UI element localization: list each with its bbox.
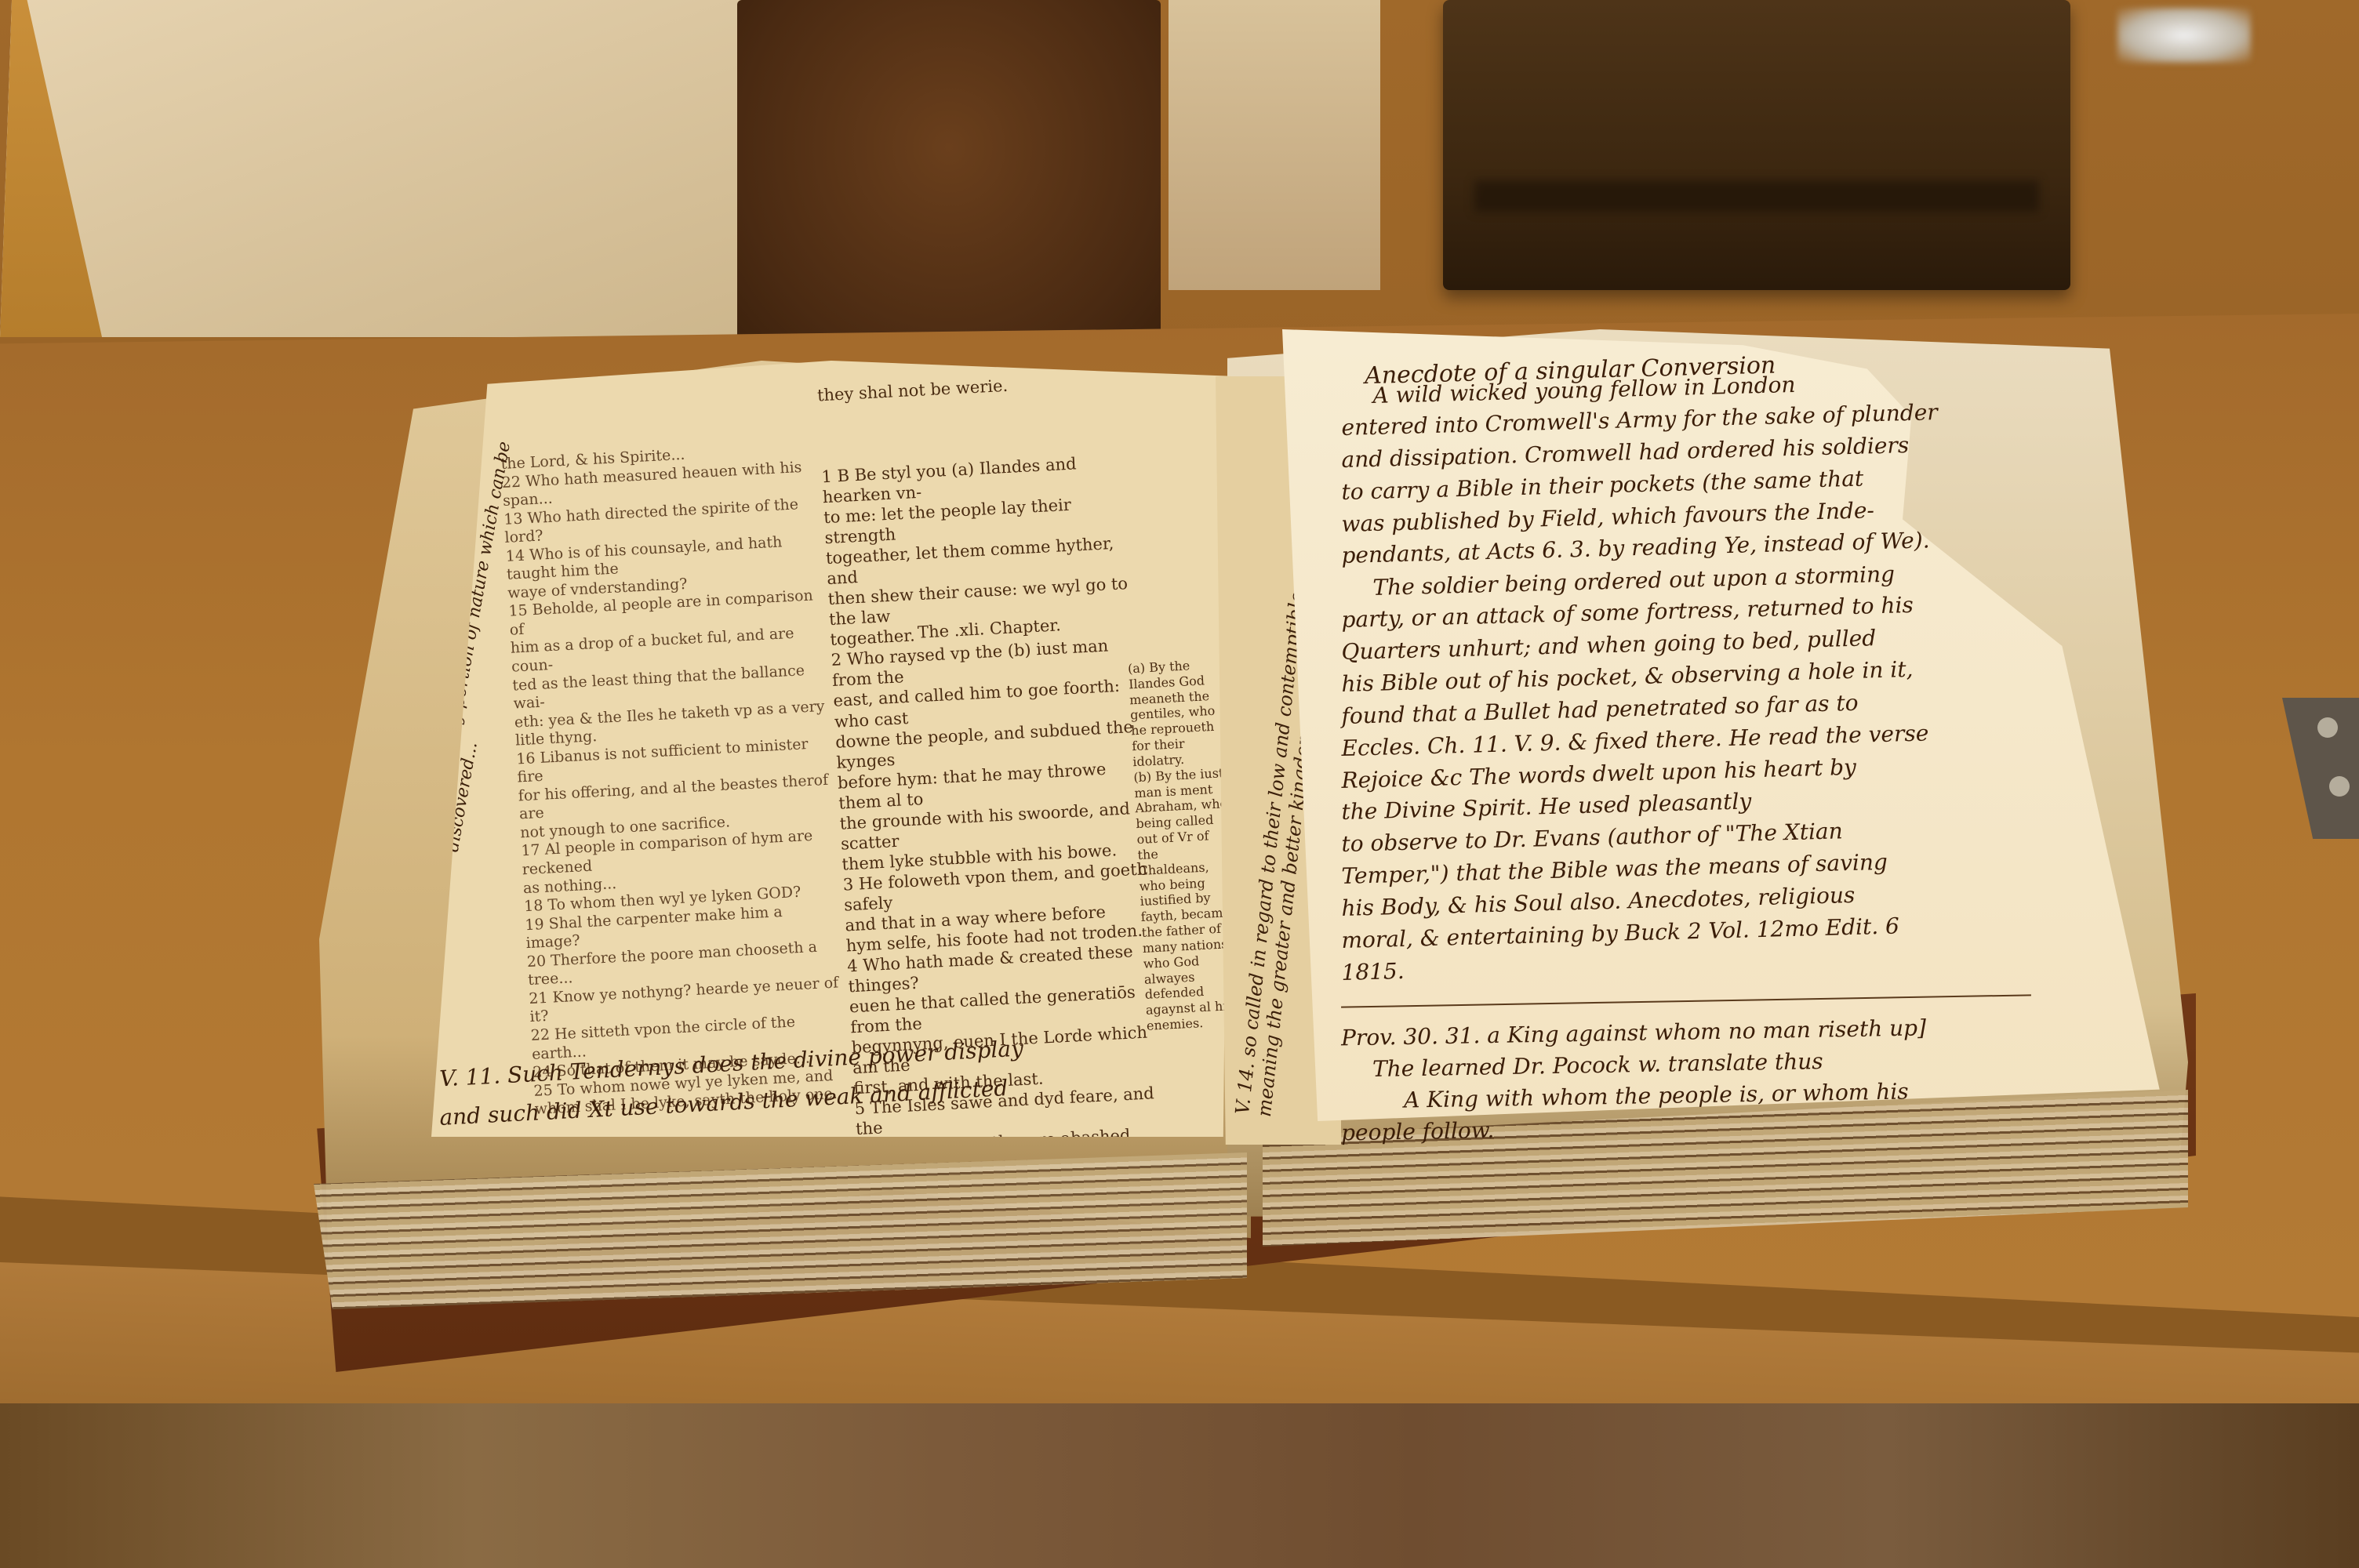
open-bible: the Lord, & his Spirite... 22 Who hath m… <box>298 329 2196 1348</box>
photo-scene: the Lord, & his Spirite... 22 Who hath m… <box>0 0 2359 1568</box>
standing-book-dark <box>1443 0 2070 290</box>
manuscript-text: Anecdote of a singular Conversion A wild… <box>1341 353 2094 1142</box>
spine-bands <box>1474 180 2039 212</box>
screw-icon <box>2329 776 2350 797</box>
standing-book-leather <box>737 0 1161 368</box>
lower-shelf-blur <box>0 1403 2359 1568</box>
divider-line <box>1341 994 2031 1007</box>
pale-box-strip <box>1169 0 1380 290</box>
text-column-left: the Lord, & his Spirite... 22 Who hath m… <box>500 439 849 1119</box>
printed-left-page: the Lord, & his Spirite... 22 Who hath m… <box>431 361 1231 1137</box>
box-edge <box>0 0 114 337</box>
light-glare <box>2117 8 2251 63</box>
cardboard-box <box>0 0 776 337</box>
screw-icon <box>2317 717 2338 738</box>
